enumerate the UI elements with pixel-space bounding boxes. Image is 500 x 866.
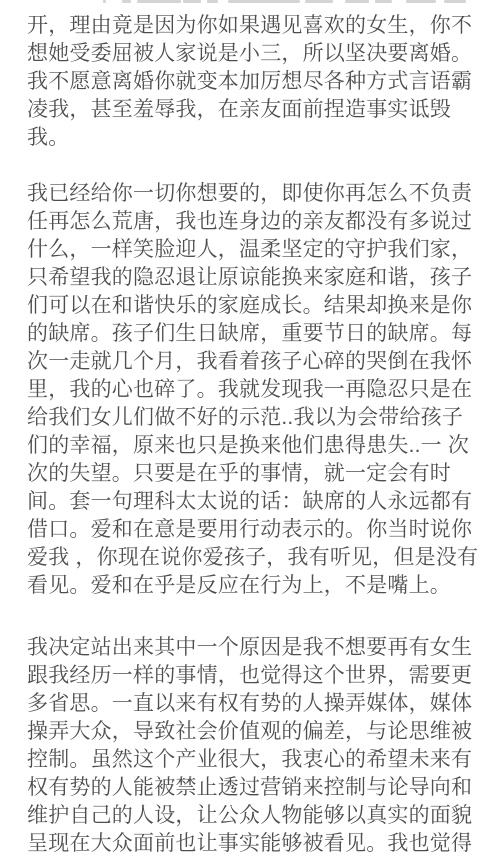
paragraph-3: 我决定站出来其中一个原因是我不想要再有女生跟我经历一样的事情，也觉得这个世界，需… — [27, 634, 473, 858]
text-line: 开，理由竟是因为你如果遇见喜欢的女生，你不 — [27, 12, 473, 40]
text-line: 想她受委屈被人家说是小三，所以坚决要离婚。 — [27, 40, 473, 68]
clipped-glyph-fragment — [207, 0, 218, 3]
clipped-glyph-fragment — [183, 0, 201, 3]
clipped-previous-line — [0, 0, 500, 5]
text-line: 任再怎么荒唐，我也连身边的亲友都没有多说过 — [27, 208, 473, 236]
clipped-glyph-fragment — [103, 0, 106, 3]
text-line: 的缺席。孩子们生日缺席，重要节日的缺席。每 — [27, 320, 473, 348]
clipped-glyph-fragment — [345, 0, 369, 3]
text-line: 跟我经历一样的事情，也觉得这个世界，需要更 — [27, 662, 473, 690]
text-line: 呈现在大众面前也让事实能够被看见。我也觉得 — [27, 830, 473, 858]
text-line: 操弄大众，导致社会价值观的偏差，与论思维被 — [27, 718, 473, 746]
text-line: 里，我的心也碎了。我就发现我一再隐忍只是在 — [27, 376, 473, 404]
clipped-glyph-fragment — [228, 0, 300, 3]
text-line: 次的失望。只要是在乎的事情，就一定会有时 — [27, 460, 473, 488]
clipped-glyph-fragment — [305, 0, 333, 3]
text-line: 权有势的人能被禁止透过营销来控制与论导向和 — [27, 774, 473, 802]
clipped-glyph-fragment — [406, 0, 436, 3]
clipped-glyph-fragment — [444, 0, 466, 3]
text-line: 看见。爱和在乎是反应在行为上，不是嘴上。 — [27, 572, 473, 600]
text-line: 间。套一句理科太太说的话：缺席的人永远都有 — [27, 488, 473, 516]
letter-screenshot-page: 开，理由竟是因为你如果遇见喜欢的女生，你不想她受委屈被人家说是小三，所以坚决要离… — [0, 0, 500, 866]
paragraph-1: 开，理由竟是因为你如果遇见喜欢的女生，你不想她受委屈被人家说是小三，所以坚决要离… — [27, 12, 473, 152]
text-line: 借口。爱和在意是要用行动表示的。你当时说你 — [27, 516, 473, 544]
text-line: 次一走就几个月，我看着孩子心碎的哭倒在我怀 — [27, 348, 473, 376]
text-line: 控制。虽然这个产业很大，我衷心的希望未来有 — [27, 746, 473, 774]
text-line: 们的幸福，原来也只是换来他们患得患失..一 次 — [27, 432, 473, 460]
letter-body: 开，理由竟是因为你如果遇见喜欢的女生，你不想她受委屈被人家说是小三，所以坚决要离… — [27, 12, 473, 858]
text-line: 我决定站出来其中一个原因是我不想要再有女生 — [27, 634, 473, 662]
text-line: 多省思。一直以来有权有势的人操弄媒体，媒体 — [27, 690, 473, 718]
text-line: 维护自己的人设，让公众人物能够以真实的面貌 — [27, 802, 473, 830]
clipped-glyph-fragment — [122, 0, 131, 3]
clipped-glyph-fragment — [375, 0, 392, 3]
text-line: 凌我，甚至羞辱我，在亲友面前捏造事实诋毁 — [27, 96, 473, 124]
clipped-glyph-fragment — [137, 0, 181, 3]
text-line: 只希望我的隐忍退让原谅能换来家庭和谐，孩子 — [27, 264, 473, 292]
text-line: 们可以在和谐快乐的家庭成长。结果却换来是你 — [27, 292, 473, 320]
text-line: 什么，一样笑脸迎人，温柔坚定的守护我们家， — [27, 236, 473, 264]
text-line: 爱我 ，你现在说你爱孩子，我有听见，但是没有 — [27, 544, 473, 572]
text-line: 给我们女儿们做不好的示范..我以为会带给孩子 — [27, 404, 473, 432]
paragraph-2: 我已经给你一切你想要的，即使你再怎么不负责任再怎么荒唐，我也连身边的亲友都没有多… — [27, 180, 473, 600]
text-line: 我。 — [27, 124, 473, 152]
text-line: 我不愿意离婚你就变本加厉想尽各种方式言语霸 — [27, 68, 473, 96]
text-line: 我已经给你一切你想要的，即使你再怎么不负责 — [27, 180, 473, 208]
